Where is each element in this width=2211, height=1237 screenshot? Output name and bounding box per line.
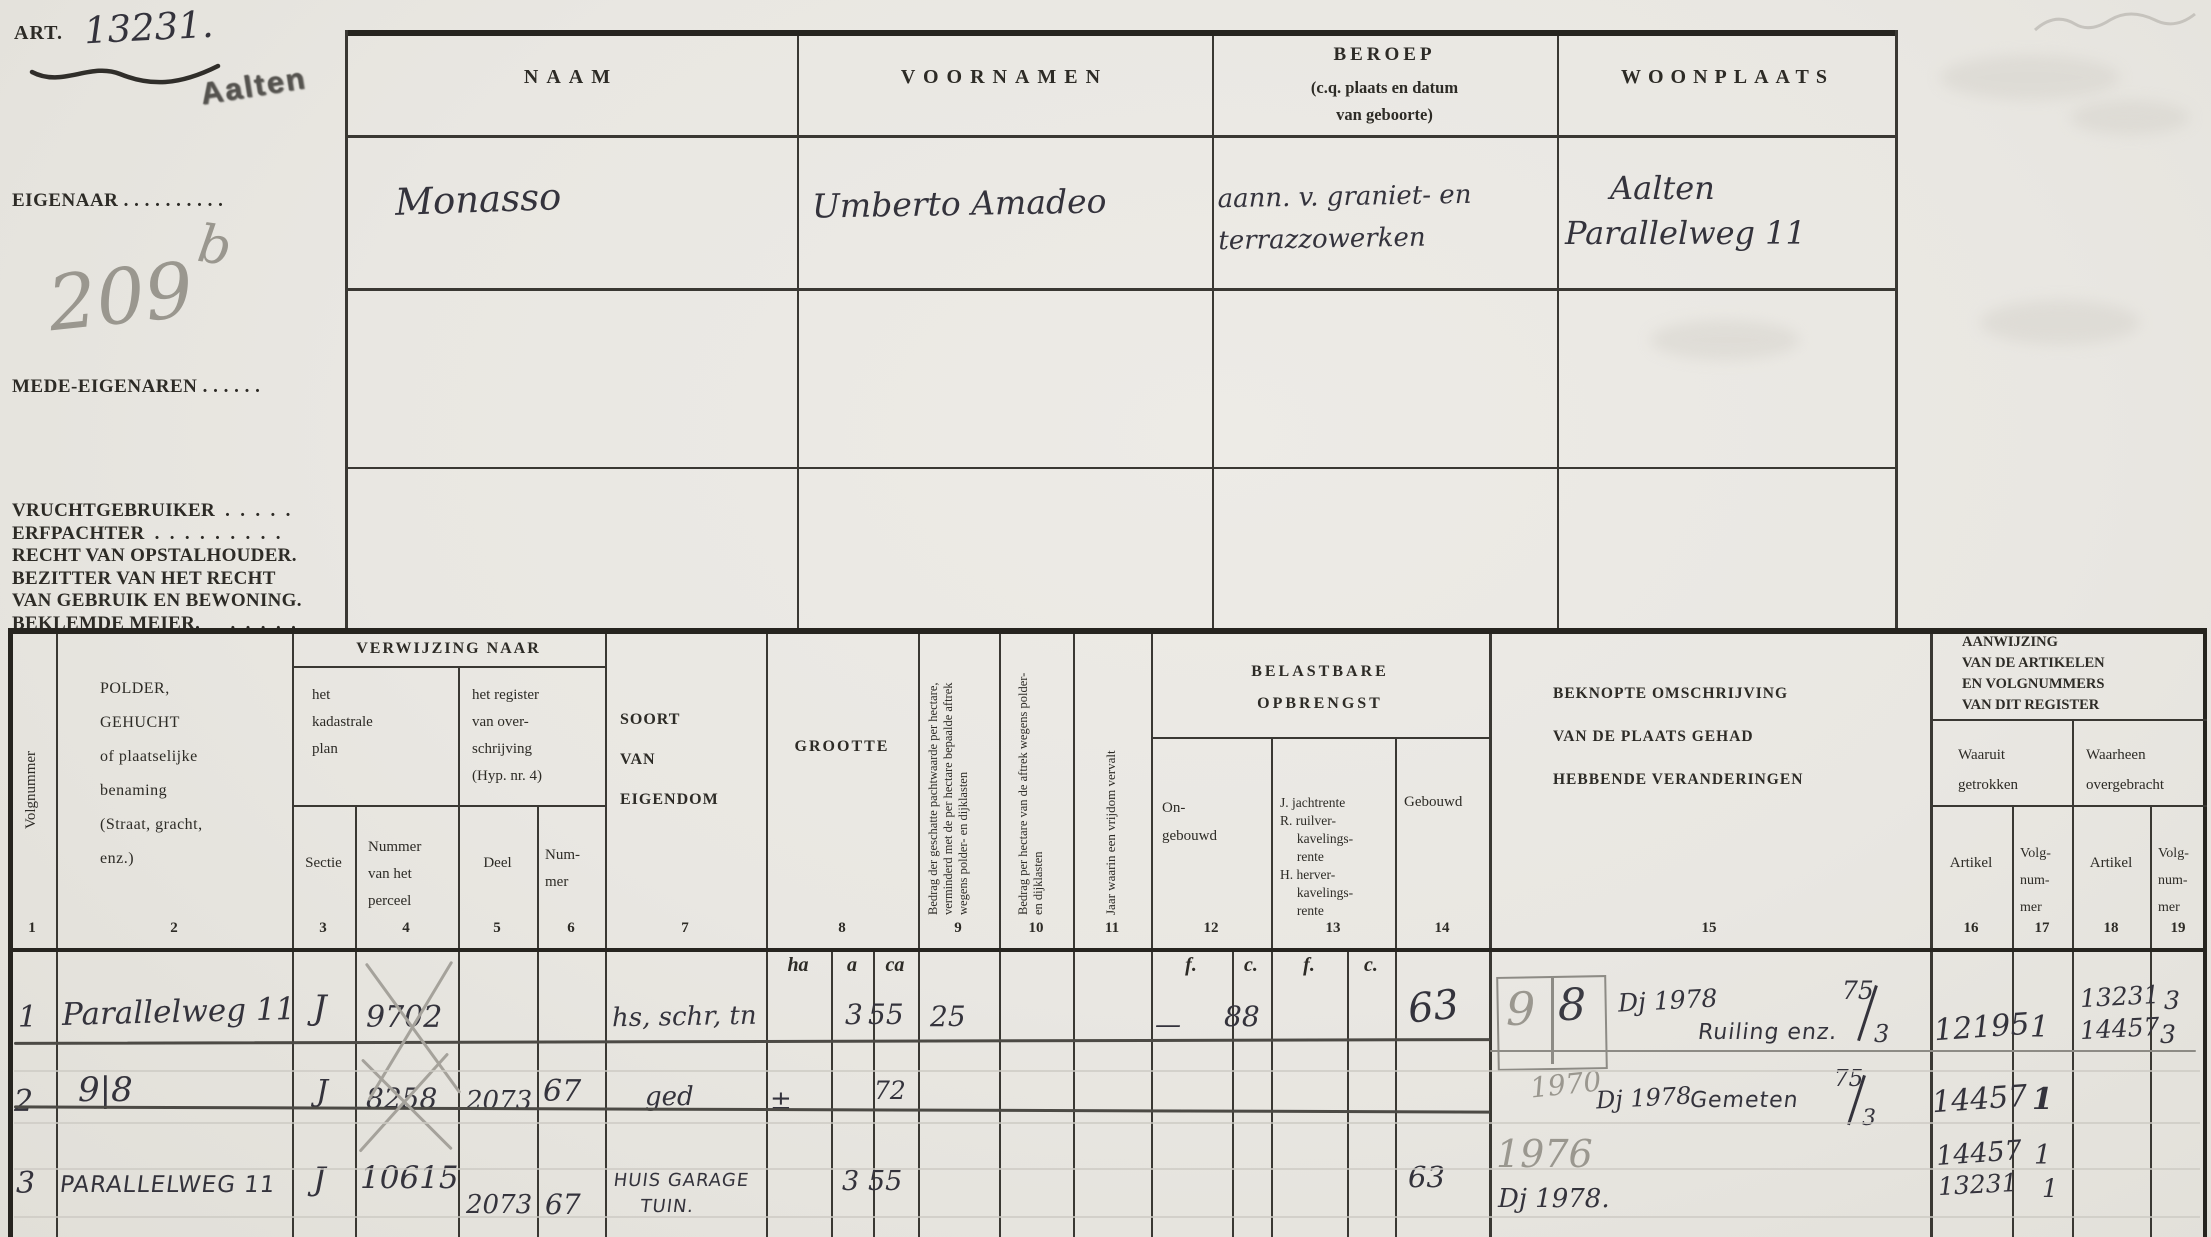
row1-strike-line: [14, 1038, 1490, 1044]
table-line: [1271, 737, 1273, 1237]
row3-grootte-ca: 55: [868, 1166, 902, 1197]
col-header-artikel-waaruit: Artikel: [1930, 855, 2012, 872]
row2-nummer: 67: [543, 1074, 581, 1109]
pencil-page-number: 209: [44, 245, 198, 349]
unit-c-rente: c.: [1351, 954, 1391, 977]
col-header-volgnr-waaruit: Volg- num- mer: [2020, 840, 2051, 921]
table-line: [8, 948, 2207, 952]
col-header-grootte: GROOTTE: [766, 738, 918, 756]
col-header-deel: Deel: [458, 855, 537, 872]
interline-waaruit-artikel: 14457: [1935, 1135, 2023, 1172]
row3-omschrijving: Dj 1978.: [1498, 1184, 1610, 1214]
table-line: [537, 805, 539, 1237]
guide-ruling: [14, 1070, 2200, 1072]
row1-polder: Parallelweg 11: [62, 991, 296, 1033]
row1-box-left: 9: [1506, 982, 1535, 1036]
table-line: [292, 805, 607, 807]
table-line: [1232, 948, 1234, 1237]
owner-name: Monasso: [394, 175, 562, 224]
unit-f-ongebouwd: f.: [1171, 954, 1211, 977]
col-header-verwijzing: VERWIJZING NAAR: [292, 640, 605, 658]
row1-waarheen-artikel-b: 14457: [2079, 1012, 2160, 1045]
art-number: 13231.: [83, 3, 215, 53]
row1-waaruit-volgnr: 1: [2030, 1010, 2049, 1045]
col-header-volgnummer: Volgnummer: [23, 725, 41, 855]
colnum-18: 18: [2091, 920, 2131, 937]
col-header-waarheen: Waarheen overgebracht: [2086, 740, 2164, 800]
table-line: [1930, 719, 2207, 721]
col-header-artikel-waarheen: Artikel: [2072, 855, 2150, 872]
row1-grootte-a: 3: [845, 998, 863, 1031]
table-line: [1395, 737, 1397, 1237]
owner-firstnames: Umberto Amadeo: [812, 181, 1107, 225]
guide-ruling: [14, 1122, 2200, 1124]
table-line: [1930, 805, 2207, 807]
row1-ongebouwd-cent: 88: [1224, 1000, 1260, 1033]
row1-pachtwaarde: 25: [930, 1000, 966, 1033]
row1-waaruit-artikel: 12195: [1933, 1007, 2031, 1049]
row1-dj-annotation: Dj 1978: [1617, 983, 1718, 1017]
col-header-nummer: Num- mer: [545, 842, 580, 896]
header-beroep-sub: (c.q. plaats en datum van geboorte): [1212, 74, 1557, 128]
col-header-polder: POLDER, GEHUCHT of plaatselijke benaming…: [100, 672, 203, 876]
table-line: [345, 30, 1898, 36]
header-naam: NAAM: [345, 66, 797, 89]
table-line: [831, 948, 833, 1237]
col-header-rente: J. jachtrente R. ruilver- kavelings- ren…: [1280, 794, 1353, 920]
bleedthrough-smudge: [1980, 300, 2140, 345]
table-line: [1151, 634, 1153, 1237]
col-header-vrijdom: Jaar waarin een vrijdom vervalt: [1103, 665, 1121, 915]
colnum-14: 14: [1422, 920, 1462, 937]
table-line: [766, 634, 768, 1237]
row1-grootte-ca: 55: [868, 998, 904, 1031]
table-line: [918, 634, 920, 1237]
colnum-13: 13: [1313, 920, 1353, 937]
col-header-belastbare-opbrengst: BELASTBARE OPBRENGST: [1151, 656, 1489, 720]
row1-volgnummer: 1: [18, 1000, 37, 1035]
art-label: ART.: [14, 22, 63, 45]
unit-f-rente: f.: [1289, 954, 1329, 977]
flourish-underline: [28, 58, 223, 90]
unit-ca: ca: [875, 954, 915, 977]
row1-strike-line-faint: [1490, 1050, 2196, 1052]
table-line: [605, 634, 607, 1237]
register-card: ART. 13231. Aalten 209 b EIGENAAR . . . …: [0, 0, 2211, 1237]
col-header-register: het register van over- schrijving (Hyp. …: [472, 682, 542, 790]
row3-volgnummer: 3: [16, 1166, 35, 1201]
header-woonplaats: WOONPLAATS: [1557, 66, 1898, 89]
row2-waaruit-artikel: 14457: [1931, 1079, 2029, 1121]
col-header-ongebouwd: On- gebouwd: [1162, 794, 1217, 850]
row1-waarheen-volgnr-a: 3: [2164, 986, 2180, 1015]
label-mede-eigenaren: MEDE-EIGENAREN . . . . . .: [12, 376, 260, 398]
row1-sectie: J: [313, 988, 327, 1028]
table-line: [56, 634, 58, 1237]
col-header-sectie: Sectie: [292, 855, 355, 872]
guide-ruling: [14, 1168, 2200, 1170]
row2-fraction-den: 3: [1862, 1106, 1876, 1131]
row1-fraction-den: 3: [1874, 1020, 1889, 1048]
row3-soort: HUIS GARAGE TUIN.: [609, 1168, 751, 1220]
row2-waaruit-volgnr: 1: [2032, 1082, 2053, 1117]
colnum-11: 11: [1092, 920, 1132, 937]
interline-waaruit-volgnr: 1: [2034, 1140, 2051, 1171]
row2-dj-annotation: Dj 1978: [1595, 1082, 1692, 1115]
table-line: [345, 135, 1898, 138]
col-header-aftrek: Bedrag per hectare van de aftrek wegens …: [1016, 665, 1056, 915]
row3-waaruit-artikel: 13231: [1937, 1168, 2018, 1201]
table-line: [999, 634, 1001, 1237]
colnum-9: 9: [938, 920, 978, 937]
col-header-pachtwaarde: Bedrag der geschatte pachtwaarde per hec…: [926, 665, 990, 915]
bleedthrough-smudge: [1650, 320, 1800, 360]
col-header-kadastrale-plan: het kadastrale plan: [312, 682, 373, 763]
table-line: [345, 30, 348, 628]
colnum-16: 16: [1951, 920, 1991, 937]
table-line: [355, 805, 357, 1237]
colnum-12: 12: [1191, 920, 1231, 937]
colnum-10: 10: [1016, 920, 1056, 937]
colnum-4: 4: [386, 920, 426, 937]
label-eigenaar: EIGENAAR . . . . . . . . . .: [12, 190, 223, 212]
pencil-page-number-suffix: b: [194, 214, 235, 278]
colnum-6: 6: [551, 920, 591, 937]
col-header-aanwijzing: AANWIJZING VAN DE ARTIKELEN EN VOLGNUMME…: [1962, 632, 2105, 716]
col-header-waaruit: Waaruit getrokken: [1958, 740, 2018, 800]
row1-omschrijving: Ruiling enz.: [1696, 1020, 1839, 1045]
table-line: [292, 634, 294, 1237]
table-line: [1557, 36, 1559, 628]
row2-sectie: J: [316, 1074, 328, 1109]
label-rechten: VRUCHTGEBRUIKER . . . . . ERFPACHTER . .…: [12, 500, 302, 635]
row3-sectie: J: [313, 1160, 326, 1198]
row2-grootte-plusminus: ±: [770, 1086, 792, 1116]
row2-grootte-ca: 72: [874, 1076, 906, 1105]
row2-omschrijving: Gemeten: [1688, 1088, 1800, 1113]
colnum-2: 2: [154, 920, 194, 937]
row2-deel: 2073: [466, 1086, 532, 1116]
table-line: [797, 36, 799, 628]
row3-polder: PARALLELWEG 11: [58, 1172, 277, 1198]
guide-ruling: [14, 1216, 2200, 1218]
col-header-beknopte: BEKNOPTE OMSCHRIJVING VAN DE PLAATS GEHA…: [1553, 672, 1803, 801]
table-line: [345, 288, 1898, 291]
colnum-15: 15: [1689, 920, 1729, 937]
colnum-19: 19: [2158, 920, 2198, 937]
row1-gebouwd: 63: [1406, 981, 1461, 1032]
table-line: [2072, 719, 2074, 1237]
table-line: [1489, 634, 1492, 1237]
table-line: [1347, 948, 1349, 1237]
bleedthrough-smudge: [2070, 100, 2190, 135]
table-line: [1151, 737, 1491, 739]
pencil-squiggle: [2030, 4, 2200, 44]
row3-grootte-a: 3: [842, 1166, 859, 1197]
table-line: [1895, 30, 1898, 628]
col-header-volgnr-waarheen: Volg- num- mer: [2158, 840, 2189, 921]
row1-soort: hs, schr, tn: [612, 1001, 757, 1034]
table-line: [8, 628, 2207, 634]
col-header-nummer-perceel: Nummer van het perceel: [368, 834, 421, 915]
header-beroep: BEROEP: [1212, 44, 1557, 66]
row2-polder: 9|8: [78, 1070, 133, 1110]
colnum-1: 1: [12, 920, 52, 937]
col-header-gebouwd: Gebouwd: [1404, 794, 1462, 811]
table-line: [1073, 634, 1075, 1237]
row1-waarheen-artikel-a: 13231: [2079, 980, 2160, 1013]
unit-ha: ha: [778, 954, 818, 977]
colnum-17: 17: [2022, 920, 2062, 937]
col-header-soort: SOORT VAN EIGENDOM: [620, 700, 719, 820]
colnum-8: 8: [822, 920, 862, 937]
table-line: [345, 467, 1898, 469]
bleedthrough-smudge: [1940, 55, 2120, 100]
colnum-5: 5: [477, 920, 517, 937]
owner-profession: aann. v. graniet- en terrazzowerken: [1217, 174, 1472, 262]
row1-waarheen-volgnr-b: 3: [2160, 1020, 2176, 1049]
table-line: [1930, 634, 1933, 1237]
header-voornamen: VOORNAMEN: [797, 66, 1212, 89]
row3-perceel: 10615: [360, 1160, 459, 1196]
colnum-7: 7: [665, 920, 705, 937]
row3-waaruit-volgnr: 1: [2042, 1174, 2058, 1203]
owner-residence: Aalten Parallelweg 11: [1565, 166, 1806, 256]
row1-box-right: 8: [1558, 980, 1586, 1031]
colnum-3: 3: [303, 920, 343, 937]
table-line: [292, 666, 607, 668]
row2-volgnummer: 2: [14, 1084, 33, 1119]
row2-strike-line: [14, 1105, 1490, 1113]
unit-c-ongebouwd: c.: [1231, 954, 1271, 977]
unit-a: a: [832, 954, 872, 977]
row1-ongebouwd-gulden: —: [1155, 1010, 1181, 1040]
row3-gebouwd: 63: [1408, 1160, 1445, 1194]
